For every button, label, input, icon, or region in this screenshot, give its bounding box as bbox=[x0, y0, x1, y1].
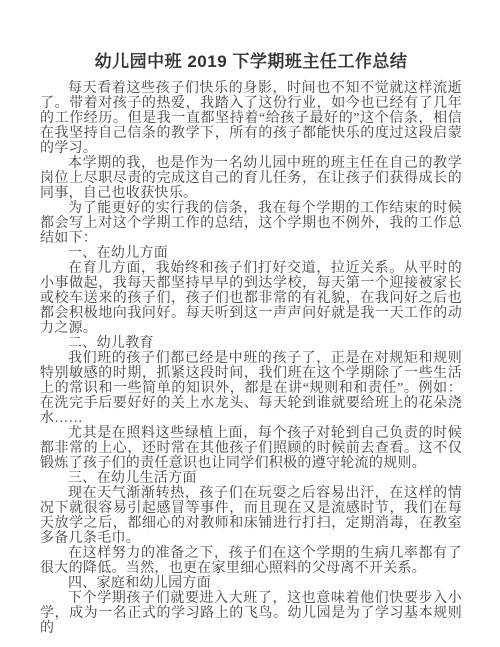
body-paragraph: 我们班的孩子们都已经是中班的孩子了，正是在对规矩和规则特别敏感的时期，抓紧这段时… bbox=[40, 351, 462, 426]
document-title: 幼儿园中班 2019 下学期班主任工作总结 bbox=[40, 50, 462, 73]
section-heading: 三、在幼儿生活方面 bbox=[40, 471, 462, 486]
section-heading: 一、在幼儿方面 bbox=[40, 246, 462, 261]
body-paragraph: 为了能更好的实行我的信条，我在每个学期的工作结束的时候都会写上对这个学期工作的总… bbox=[40, 201, 462, 246]
body-paragraph: 在这样努力的准备之下，孩子们在这个学期的生病几率都有了很大的降低。当然，也更在家… bbox=[40, 546, 462, 576]
body-paragraph: 下个学期孩子们就要进入大班了，这也意味着他们快要步入小学，成为一名正式的学习路上… bbox=[40, 591, 462, 636]
document-content: 幼儿园中班 2019 下学期班主任工作总结 每天看着这些孩子们快乐的身影，时间也… bbox=[40, 50, 462, 636]
body-paragraph: 本学期的我，也是作为一名幼儿园中班的班主任在自己的教学岗位上尽职尽责的完成这自己… bbox=[40, 156, 462, 201]
document-body: 每天看着这些孩子们快乐的身影，时间也不知不觉就这样流逝了。带着对孩子的热爱，我踏… bbox=[40, 81, 462, 636]
body-paragraph: 尤其是在照料这些绿植上面，每个孩子对轮到自己负责的时候都非常的上心，还时常在其他… bbox=[40, 426, 462, 471]
section-heading: 四、家庭和幼儿园方面 bbox=[40, 576, 462, 591]
body-paragraph: 现在天气渐渐转热，孩子们在玩耍之后容易出汗，在这样的情况下就很容易引起感冒等事件… bbox=[40, 486, 462, 546]
section-heading: 二、幼儿教育 bbox=[40, 336, 462, 351]
body-paragraph: 在育儿方面，我始终和孩子们打好交道，拉近关系。从平时的小事做起，我每天都坚持早早… bbox=[40, 261, 462, 336]
body-paragraph: 每天看着这些孩子们快乐的身影，时间也不知不觉就这样流逝了。带着对孩子的热爱，我踏… bbox=[40, 81, 462, 156]
document-page: { "page": { "background_color": "#ffffff… bbox=[0, 0, 500, 647]
